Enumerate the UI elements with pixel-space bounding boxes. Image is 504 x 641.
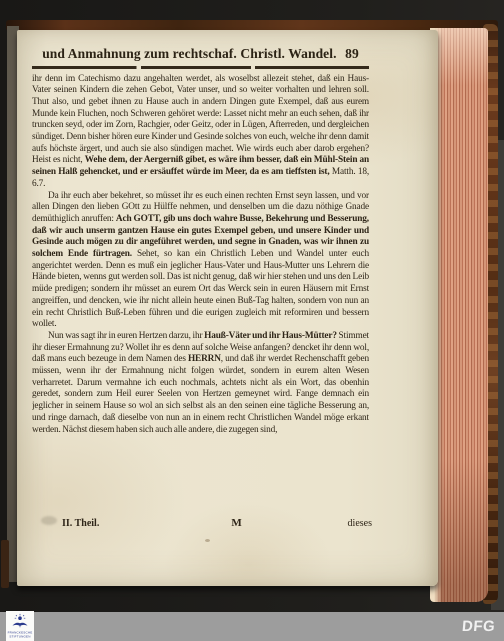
header-rule xyxy=(32,66,369,69)
emphasized-text-run: Hauß-Väter und ihr Haus-Mütter? xyxy=(204,331,337,341)
emphasized-text-run: HERRN xyxy=(188,354,221,364)
book-cover-left-sliver xyxy=(1,540,9,588)
dfg-logo: DFG xyxy=(461,618,496,635)
running-title: und Anmahnung zum rechtschaf. Christl. W… xyxy=(42,46,336,61)
library-emblem-icon: FRANCKESCHE STIFTUNGEN xyxy=(6,611,34,641)
library-name-line2: STIFTUNGEN xyxy=(9,635,30,639)
paragraph: Da ihr euch aber bekehret, so müsset ihr… xyxy=(32,191,369,331)
paper-smudge xyxy=(41,516,57,525)
catchword: dieses xyxy=(242,518,372,529)
text-run: , und daß ihr werdet Rechenschafft geben… xyxy=(32,354,369,434)
scan-image: und Anmahnung zum rechtschaf. Christl. W… xyxy=(0,0,504,641)
page-header: und Anmahnung zum rechtschaf. Christl. W… xyxy=(32,46,369,62)
type-area: und Anmahnung zum rechtschaf. Christl. W… xyxy=(32,46,369,516)
text-run: Nun was sagt ihr in euren Hertzen darzu,… xyxy=(48,331,204,341)
paragraph: Nun was sagt ihr in euren Hertzen darzu,… xyxy=(32,331,369,436)
page-footer: II. Theil. M dieses xyxy=(32,517,372,529)
paragraph: ihr denn im Catechismo dazu angehalten w… xyxy=(32,74,369,191)
page-number: 89 xyxy=(345,46,359,61)
text-run: Sehet, so kan ein Christlich Leben und W… xyxy=(32,249,369,329)
book-fore-edge-pages xyxy=(430,28,488,602)
text-run: ihr denn im Catechismo dazu angehalten w… xyxy=(32,74,369,166)
signature-mark: M xyxy=(231,517,241,529)
paper-speck xyxy=(205,539,210,542)
volume-label: II. Theil. xyxy=(32,518,231,529)
franckesche-stiftungen-logo: FRANCKESCHE STIFTUNGEN xyxy=(6,611,34,641)
book-page: und Anmahnung zum rechtschaf. Christl. W… xyxy=(17,30,438,586)
watermark-bar: FRANCKESCHE STIFTUNGEN DFG xyxy=(0,612,504,641)
body-text: ihr denn im Catechismo dazu angehalten w… xyxy=(32,74,369,516)
